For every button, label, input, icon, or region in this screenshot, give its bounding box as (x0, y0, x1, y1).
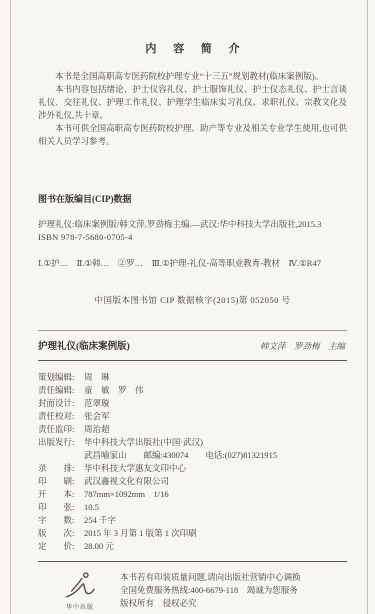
colophon-label (38, 449, 84, 462)
summary-paragraph: 本书可供全国高职高专医药院校护理、助产等专业及相关专业学生使用,也可供相关人员学… (38, 122, 347, 148)
book-title: 护理礼仪(临床案例版) (38, 338, 130, 352)
cip-classification: Ⅰ.①护… Ⅱ.①韩… ②罗… Ⅲ.①护理-礼仪-高等职业教育-教材 Ⅳ.①R4… (38, 257, 347, 269)
section-title: 内 容 简 介 (38, 40, 347, 56)
footer-divider (38, 561, 347, 562)
footer-lines: 本书若有印装质量问题,请向出版社营销中心调换 全国免费服务热线:400-6679… (106, 571, 301, 611)
colophon-row: 责任校对:张会军 (38, 410, 347, 423)
colophon-row: 策划编辑:周 琳 (38, 371, 347, 384)
publisher-logo-caption: 华中出版 (54, 602, 106, 611)
colophon-list: 策划编辑:周 琳 责任编辑:童 敏 罗 伟 封面设计:范翠璇 责任校对:张会军 … (38, 371, 347, 553)
summary-paragraph: 本书是全国高职高专医药院校护理专业“十三五”规划教材(临床案例版)。 (38, 70, 347, 83)
cip-registry-number: 中国版本图书馆 CIP 数据核字(2015)第 052050 号 (38, 294, 347, 306)
cip-data-section: 图书在版编目(CIP)数据 护理礼仪:临床案例版/韩文萍,罗劲梅主编.—武汉:华… (38, 192, 347, 306)
cip-record-line: 护理礼仪:临床案例版/韩文萍,罗劲梅主编.—武汉:华中科技大学出版社,2015.… (38, 218, 347, 231)
colophon-value: 武汉鑫视文化有限公司 (84, 475, 169, 488)
footer-notice: 华中出版 本书若有印装质量问题,请向出版社营销中心调换 全国免费服务热线:400… (38, 571, 347, 611)
colophon-label: 印 刷: (38, 475, 84, 488)
content-summary-section: 内 容 简 介 本书是全国高职高专医药院校护理专业“十三五”规划教材(临床案例版… (38, 40, 347, 148)
colophon-row: 字 数:254 千字 (38, 514, 347, 527)
colophon-value: 华中科技大学出版社(中国·武汉) (84, 436, 203, 449)
page-content: 内 容 简 介 本书是全国高职高专医药院校护理专业“十三五”规划教材(临床案例版… (0, 0, 375, 611)
book-copyright-page: 内 容 简 介 本书是全国高职高专医药院校护理专业“十三五”规划教材(临床案例版… (0, 0, 375, 614)
colophon-label: 字 数: (38, 514, 84, 527)
colophon-value: 范翠璇 (84, 397, 110, 410)
isbn: ISBN 978-7-5680-0705-4 (38, 231, 347, 244)
colophon-label: 出版发行: (38, 436, 84, 449)
colophon-label: 开 本: (38, 488, 84, 501)
colophon-label: 责任监印: (38, 423, 84, 436)
colophon-label: 版 次: (38, 527, 84, 540)
colophon-label: 封面设计: (38, 397, 84, 410)
colophon-value: 787mm×1092mm 1/16 (84, 488, 169, 501)
colophon-row: 责任编辑:童 敏 罗 伟 (38, 384, 347, 397)
colophon-value: 周治超 (84, 423, 110, 436)
colophon-row: 开 本:787mm×1092mm 1/16 (38, 488, 347, 501)
colophon-value: 华中科技大学惠友文印中心 (84, 462, 186, 475)
colophon-value: 张会军 (84, 410, 110, 423)
cip-heading: 图书在版编目(CIP)数据 (38, 192, 347, 205)
colophon-row: 印 张:10.5 (38, 501, 347, 514)
colophon-value: 童 敏 罗 伟 (84, 384, 144, 397)
colophon-row: 封面设计:范翠璇 (38, 397, 347, 410)
colophon-label: 责任编辑: (38, 384, 84, 397)
copyright-notice: 版权所有 侵权必究 (120, 597, 301, 610)
colophon-value: 28.00 元 (84, 540, 114, 553)
service-hotline: 全国免费服务热线:400-6679-118 竭诚为您服务 (120, 584, 301, 597)
colophon-label: 录 排: (38, 462, 84, 475)
colophon-value: 2015 年 3 月第 1 版第 1 次印刷 (84, 527, 197, 540)
title-editor-bar: 护理礼仪(临床案例版) 韩文萍 罗劲梅 主编 (38, 330, 347, 361)
colophon-row: 责任监印:周治超 (38, 423, 347, 436)
quality-notice: 本书若有印装质量问题,请向出版社营销中心调换 (120, 571, 301, 584)
colophon-row: 版 次:2015 年 3 月第 1 版第 1 次印刷 (38, 527, 347, 540)
colophon-label: 印 张: (38, 501, 84, 514)
colophon-value: 254 千字 (84, 514, 116, 527)
editors: 韩文萍 罗劲梅 主编 (260, 340, 345, 352)
summary-paragraph: 本书内容包括绪论、护士仪容礼仪、护士服饰礼仪、护士仪态礼仪、护士言谈礼仪、交往礼… (38, 83, 347, 122)
publisher-address: 武昌喻家山 邮编:430074 电话:(027)81321915 (84, 449, 277, 462)
colophon-label: 定 价: (38, 540, 84, 553)
colophon-row: 录 排:华中科技大学惠友文印中心 (38, 462, 347, 475)
publisher-logo: 华中出版 (54, 571, 106, 611)
publisher-logo-icon (63, 571, 97, 601)
colophon-row: 出版发行:华中科技大学出版社(中国·武汉) (38, 436, 347, 449)
colophon-label: 策划编辑: (38, 371, 84, 384)
colophon-value: 周 琳 (84, 371, 110, 384)
colophon-row-address: 武昌喻家山 邮编:430074 电话:(027)81321915 (38, 449, 347, 462)
colophon-row: 定 价:28.00 元 (38, 540, 347, 553)
colophon-row: 印 刷:武汉鑫视文化有限公司 (38, 475, 347, 488)
colophon-label: 责任校对: (38, 410, 84, 423)
colophon-value: 10.5 (84, 501, 99, 514)
